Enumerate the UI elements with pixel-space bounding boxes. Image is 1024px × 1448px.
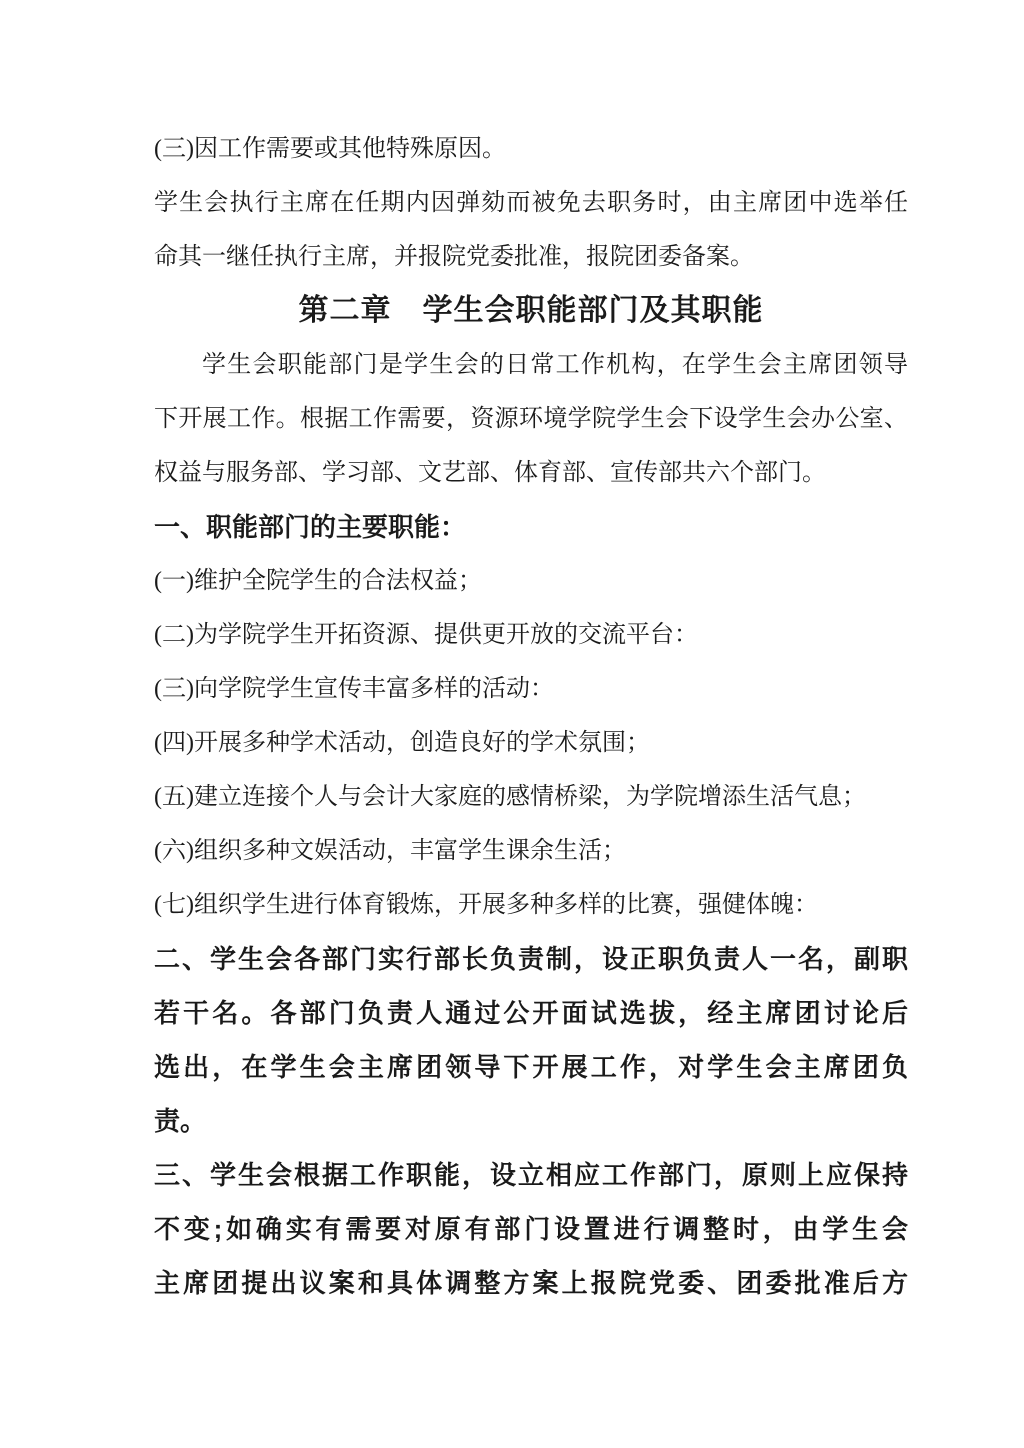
bold-text-line: 若干名。各部门负责人通过公开面试选拔，经主席团讨论后 bbox=[154, 986, 908, 1040]
body-text-line: (二)为学院学生开拓资源、提供更开放的交流平台： bbox=[154, 608, 908, 662]
bold-text-line: 三、学生会根据工作职能，设立相应工作部门，原则上应保持 bbox=[154, 1148, 908, 1202]
body-text-line: 权益与服务部、学习部、文艺部、体育部、宣传部共六个部门。 bbox=[154, 446, 908, 500]
bold-text-line: 二、学生会各部门实行部长负责制，设正职负责人一名，副职 bbox=[154, 932, 908, 986]
body-text-line: 下开展工作。根据工作需要，资源环境学院学生会下设学生会办公室、 bbox=[154, 392, 908, 446]
document-page: (三)因工作需要或其他特殊原因。学生会执行主席在任期内因弹劾而被免去职务时，由主… bbox=[0, 0, 1024, 1448]
body-text-line: 命其一继任执行主席，并报院党委批准，报院团委备案。 bbox=[154, 230, 908, 284]
body-text-line: (七)组织学生进行体育锻炼，开展多种多样的比赛，强健体魄： bbox=[154, 878, 908, 932]
bold-text-line: 主席团提出议案和具体调整方案上报院党委、团委批准后方 bbox=[154, 1256, 908, 1310]
bold-text-line: 一、职能部门的主要职能： bbox=[154, 500, 908, 554]
bold-text-line: 选出，在学生会主席团领导下开展工作，对学生会主席团负 bbox=[154, 1040, 908, 1094]
body-text-line: (三)向学院学生宣传丰富多样的活动： bbox=[154, 662, 908, 716]
body-text-line: (四)开展多种学术活动，创造良好的学术氛围； bbox=[154, 716, 908, 770]
body-text-line: 学生会职能部门是学生会的日常工作机构，在学生会主席团领导 bbox=[154, 338, 908, 392]
body-text-line: 学生会执行主席在任期内因弹劾而被免去职务时，由主席团中选举任 bbox=[154, 176, 908, 230]
body-text-line: (一)维护全院学生的合法权益； bbox=[154, 554, 908, 608]
body-text-line: (五)建立连接个人与会计大家庭的感情桥梁，为学院增添生活气息； bbox=[154, 770, 908, 824]
bold-text-line: 不变;如确实有需要对原有部门设置进行调整时，由学生会 bbox=[154, 1202, 908, 1256]
body-text-line: (六)组织多种文娱活动，丰富学生课余生活； bbox=[154, 824, 908, 878]
bold-text-line: 责。 bbox=[154, 1094, 908, 1148]
chapter-heading: 第二章 学生会职能部门及其职能 bbox=[154, 284, 908, 338]
body-text-line: (三)因工作需要或其他特殊原因。 bbox=[154, 122, 908, 176]
text-column: (三)因工作需要或其他特殊原因。学生会执行主席在任期内因弹劾而被免去职务时，由主… bbox=[154, 122, 908, 1310]
